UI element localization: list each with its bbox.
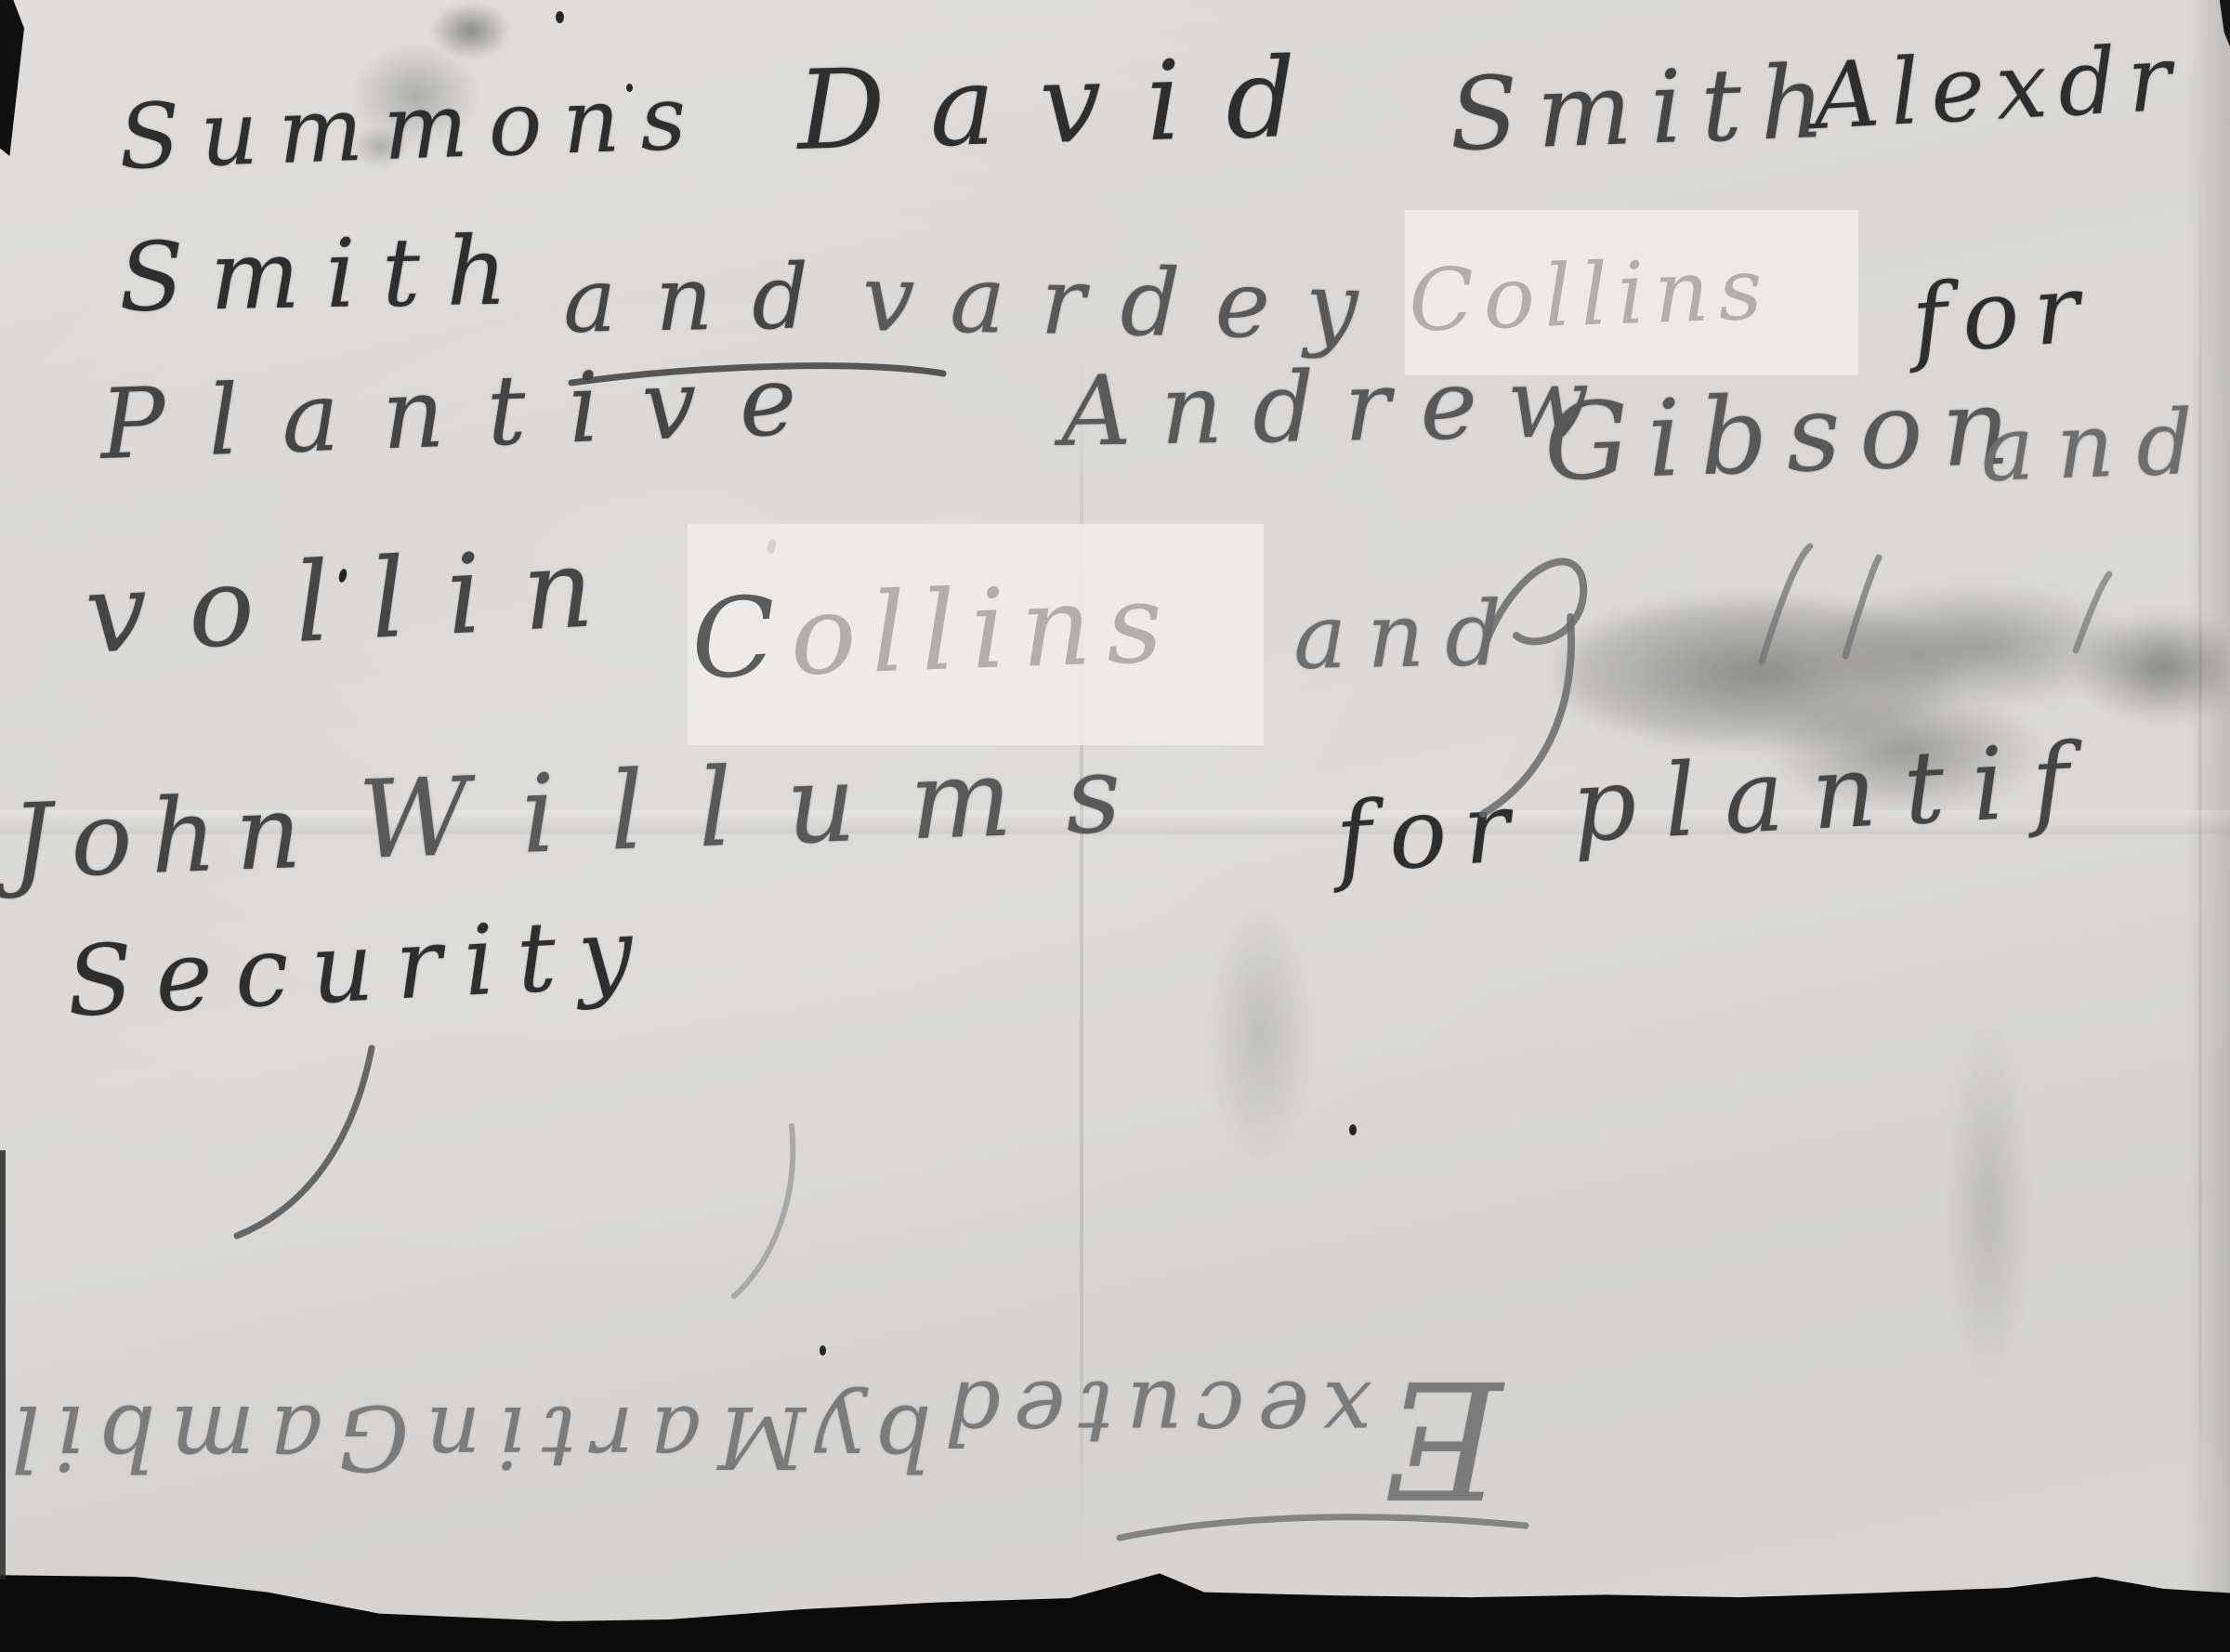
word-david: David [795,33,1342,175]
overlay-patch-2: Collins [688,524,1264,745]
right-edge-crease [2198,149,2202,1561]
word-smith-2: Smith [118,216,534,334]
word-willums: Willums [357,729,1177,884]
word-martin-inverted: Martin [409,1388,806,1488]
word-summons: Summons [117,65,708,190]
inverted-docket-line: Executed by Martin Gambill [51,1293,1510,1581]
ink-dot [556,11,564,23]
gray-streak-right [1933,966,2044,1449]
word-and-2: and [1979,389,2217,502]
scan-edge-left-line [0,1150,6,1580]
word-smith-1: Smith [1448,44,1845,174]
word-gambill-inverted: Gambill [0,1385,409,1489]
word-gibson: Gibson [1542,364,2030,505]
word-for-1: for [1909,253,2098,375]
ink-dot [1349,1124,1357,1135]
scan-edge-top-left [0,0,24,156]
gray-streak-center [1191,855,1331,1208]
word-and-3: and [1292,582,1523,689]
manuscript-page: Summons David Smith Alexdr Smith and var… [0,0,2230,1652]
word-andrew: Andrew [1060,346,1620,468]
word-vardey: vardey [861,243,1395,361]
ghost-word-collins-2: Collins [689,558,1180,703]
word-executed-inverted: Executed [932,1344,1502,1531]
word-security: Security [64,895,658,1039]
word-for-2: for [1332,769,1530,896]
security-loop-ghost [734,1126,793,1296]
ghost-word-collins-1: Collins [1407,239,1773,351]
word-john: John [9,771,321,901]
word-and-1: and [562,244,848,353]
word-by-inverted: by [806,1385,932,1489]
word-plantive: Plantive [98,342,841,481]
security-tail-stroke [237,1048,372,1236]
word-alexdr: Alexdr [1811,25,2184,151]
word-vollin: vollin [82,521,636,678]
